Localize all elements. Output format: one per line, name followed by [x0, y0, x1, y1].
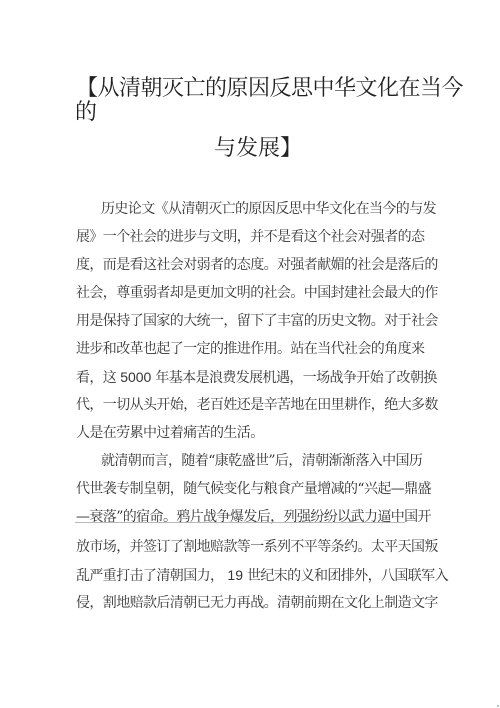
text-line: 人是在劳累中过着痛苦的生活。 [76, 424, 264, 442]
text-line: 展》一个社会的进步与文明，并不是看这个社会对强者的态 [76, 228, 424, 246]
text-line: 侵，割地赔款后清朝已无力再战。清朝前期在文化上制造文字 [76, 594, 438, 612]
number-5000: 5000 [116, 369, 155, 385]
text-line: 进步和改革也起了一定的推进作用。站在当代社会的角度来 [76, 340, 424, 358]
corner-mark [497, 705, 499, 707]
text-line: 代世袭专制皇朝，随气候变化与粮食产量增减的“兴起—鼎盛 [76, 480, 431, 498]
text-line: 历史论文《从清朝灭亡的原因反思中华文化在当今的与发 [101, 200, 436, 218]
text-segment: 看，这 [76, 370, 116, 386]
text-segment: 年基本是浪费发展机遇，一场战争开始了改朝换 [155, 370, 436, 386]
document-title-line-3: 与发展】 [214, 136, 302, 162]
text-line: 社会，尊重弱者却是更加文明的社会。中国封建社会最大的作 [76, 284, 438, 302]
document-page: 【从清朝灭亡的原因反思中华文化在当今 的 与发展】 历史论文《从清朝灭亡的原因反… [0, 0, 500, 708]
text-line: 用是保持了国家的大统一，留下了丰富的历史文物。对于社会 [76, 312, 438, 330]
number-19: 19 [223, 567, 247, 583]
document-title-line-2: 的 [75, 100, 97, 126]
text-segment: 世纪末的义和团排外，八国联军入 [247, 568, 448, 584]
page-divider-line [75, 522, 405, 523]
text-line: 乱严重打击了清朝国力，19世纪末的义和团排外，八国联军入 [76, 566, 448, 585]
text-line: —衰落”的宿命。鸦片战争爆发后，列强纷纷以武力逼中国开 [76, 508, 431, 526]
text-line: 放市场，并签订了割地赔款等一系列不平等条约。太平天国叛 [76, 538, 438, 556]
text-segment: 乱严重打击了清朝国力， [76, 568, 223, 584]
text-line: 代，一切从头开始，老百姓还是辛苦地在田里耕作，绝大多数 [76, 396, 438, 414]
text-line: 看，这5000年基本是浪费发展机遇，一场战争开始了改朝换 [76, 368, 437, 387]
document-title-line-1: 【从清朝灭亡的原因反思中华文化在当今 [76, 76, 463, 102]
text-line: 就清朝而言，随着“康乾盛世”后，清朝渐渐落入中国历 [101, 452, 422, 470]
text-line: 度，而是看这社会对弱者的态度。对强者献媚的社会是落后的 [76, 256, 438, 274]
